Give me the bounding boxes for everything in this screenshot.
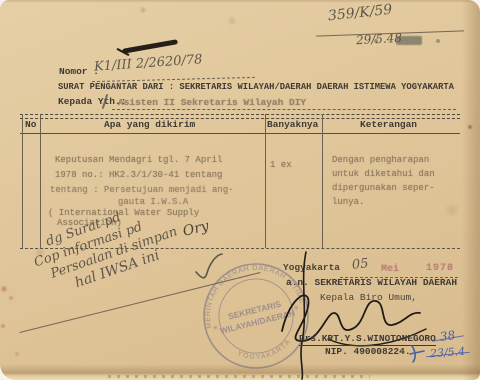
remark-line: Dengan pengharapan xyxy=(332,156,429,166)
closing-month: Mei xyxy=(381,264,399,275)
table-border-left xyxy=(22,114,23,248)
ink-smudge xyxy=(396,36,422,45)
pen-stroke xyxy=(122,39,178,54)
table-divider-no xyxy=(40,114,41,248)
smudge-dot-left xyxy=(374,39,378,43)
signatory-nip: NIP. 490008224. xyxy=(325,347,411,357)
table-header-qty: Banyaknya xyxy=(267,120,318,130)
nomor-value: K1/III 2/2620/78 xyxy=(94,53,203,75)
table-header-no: No xyxy=(25,120,36,130)
closing-year: 1978 xyxy=(426,263,454,274)
table-header-remark: Keterangan xyxy=(360,120,417,130)
smudge-dot-right xyxy=(436,39,440,43)
remark-line: untuk diketahui dan xyxy=(332,170,435,180)
quantity-value: 1 ex xyxy=(270,161,292,171)
item-line: 1978 no.: HK2.3/1/30-41 tentang xyxy=(55,171,222,181)
table-divider-remark xyxy=(322,114,323,248)
signature-long-stroke xyxy=(294,250,314,380)
table-header-item: Apa yang dikirim xyxy=(104,120,195,130)
table-header-underline xyxy=(20,133,460,134)
letter-title: SURAT PENGANTAR DARI : SEKRETARIS WILAYA… xyxy=(58,83,454,93)
recipient-value: Asisten II Sekretaris Wilayah DIY xyxy=(118,98,306,108)
closing-day: 05 xyxy=(351,257,369,273)
recipient-label: Kepada Yth.: xyxy=(58,97,126,107)
blue-tick-mark xyxy=(408,342,428,364)
item-line: Keputusan Mendagri tgl. 7 April xyxy=(55,156,222,166)
remark-line: lunya. xyxy=(332,198,364,208)
nomor-label: Nomor : xyxy=(59,67,99,77)
ref-number-note: 359/K/59 xyxy=(327,3,393,25)
remark-line: dipergunakan seper- xyxy=(332,184,435,194)
document-page: 359/K/59 29/5.48 Nomor : K1/III 2/2620/7… xyxy=(0,0,480,380)
recipient-underline xyxy=(112,109,456,110)
scan-edge-text-fragment xyxy=(108,375,370,378)
